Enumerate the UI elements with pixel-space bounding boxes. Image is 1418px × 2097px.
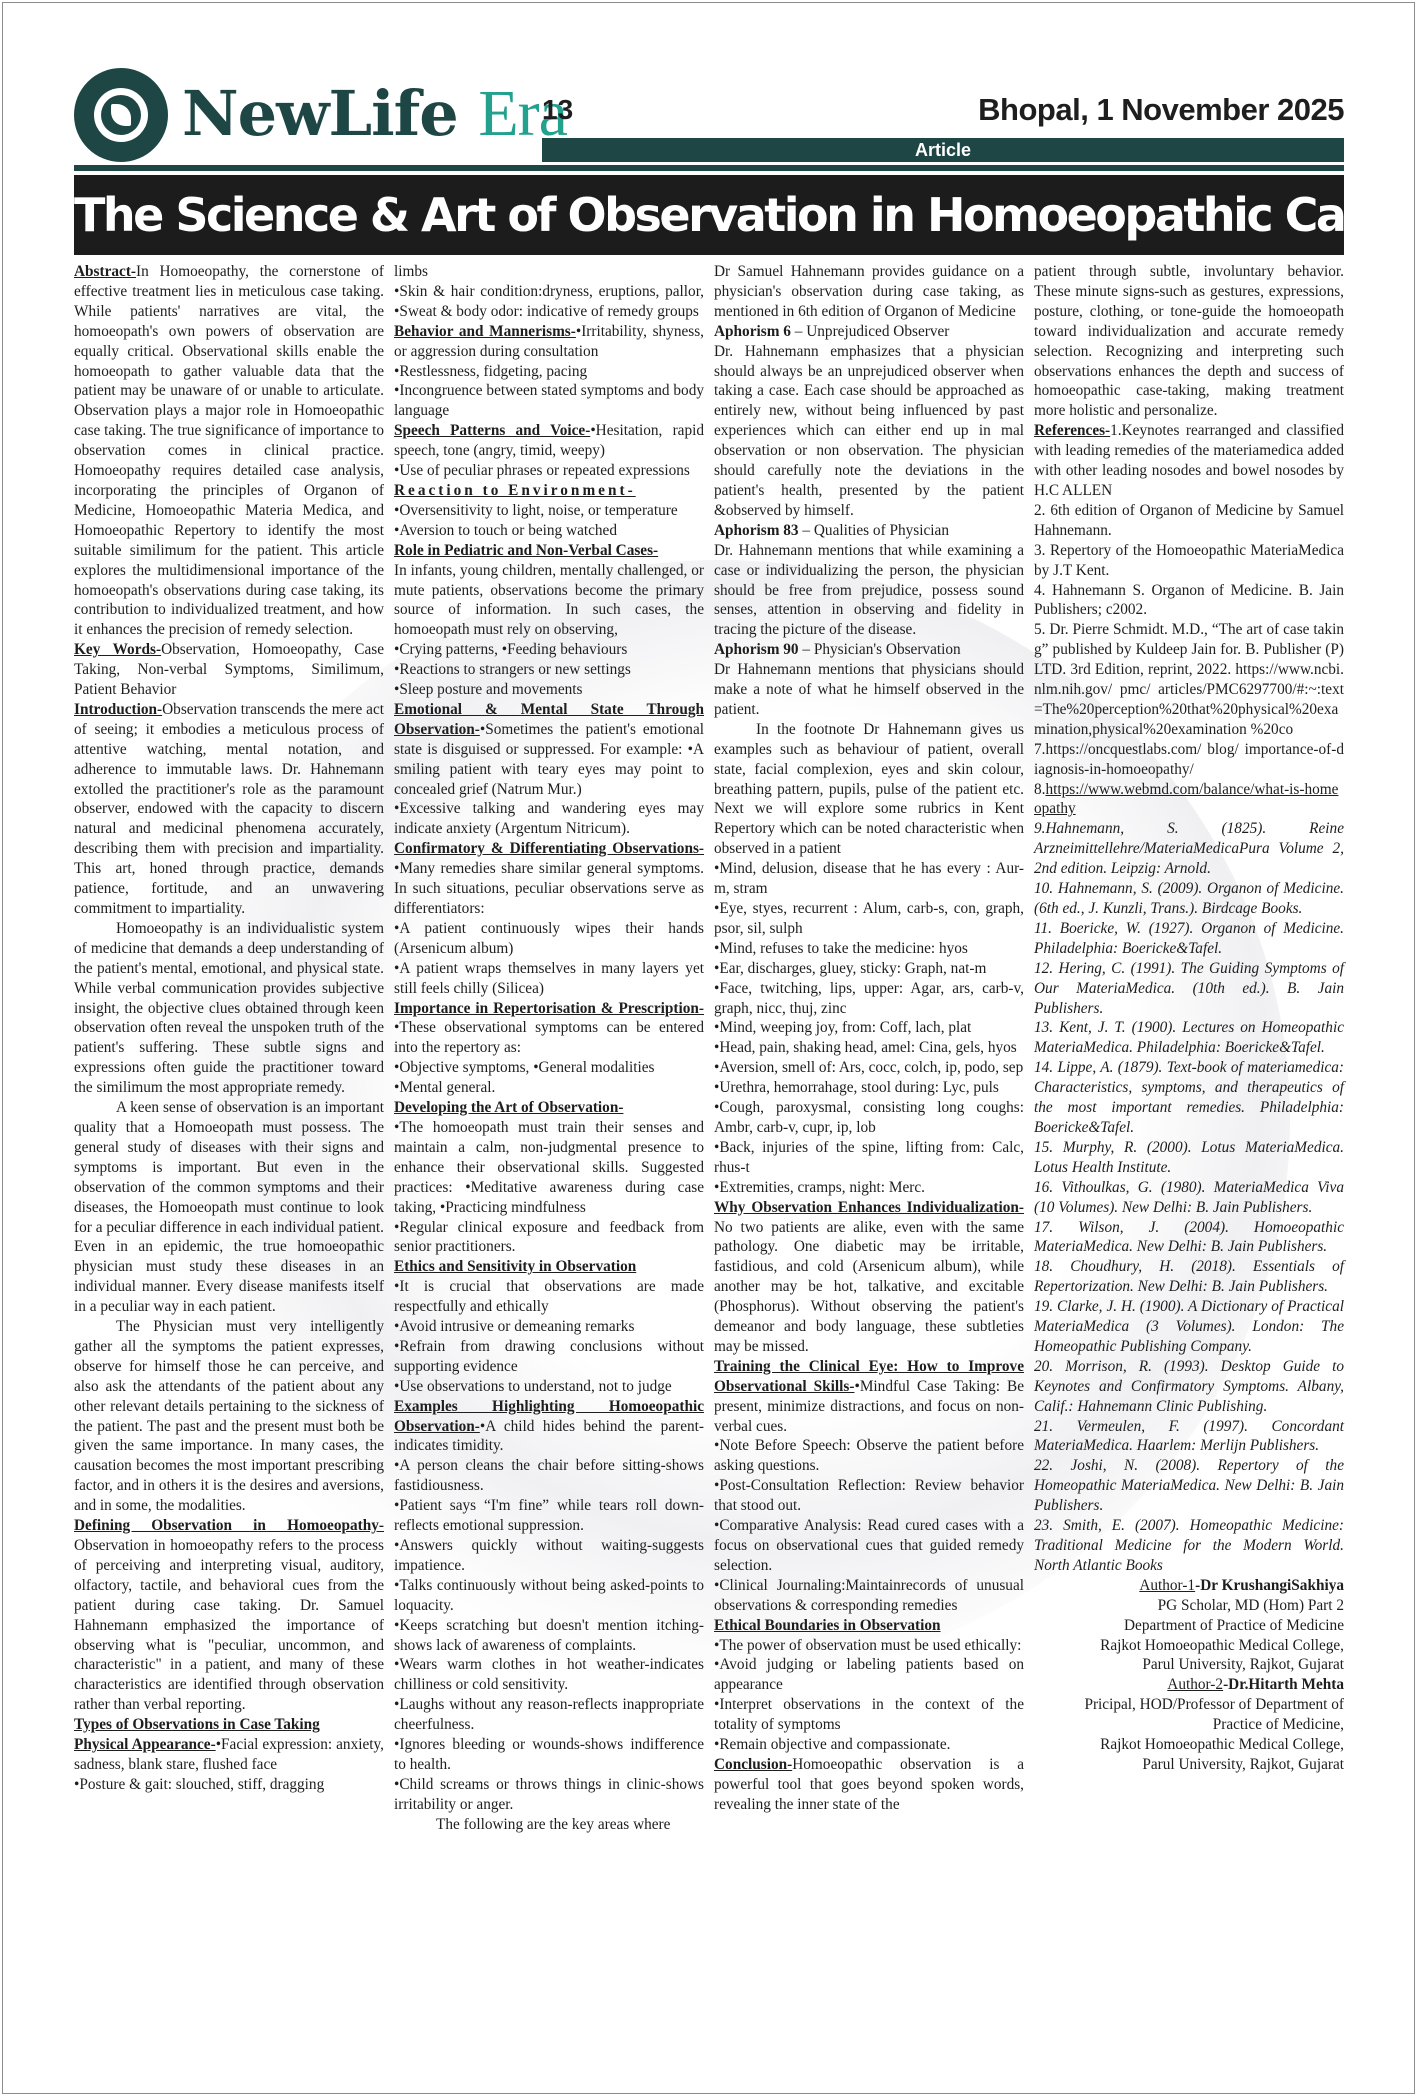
article-headline: The Science & Art of Observation in Homo… — [74, 175, 1344, 255]
brand-name-part1: NewLife — [182, 77, 458, 150]
author-2-heading: Author-2-Dr.Hitarth Mehta — [1034, 1675, 1344, 1695]
paragraph: Dr. Hahnemann emphasizes that a physicia… — [714, 342, 1024, 521]
bullet-item: •Keeps scratching but doesn't mention it… — [394, 1616, 704, 1656]
reference-item: 3. Repertory of the Homoeopathic Materia… — [1034, 541, 1344, 581]
paragraph: Homoeopathy is an individualistic system… — [74, 919, 384, 1098]
subsection-heading: Speech Patterns and Voice- — [394, 422, 590, 439]
bullet-item: •Restlessness, fidgeting, pacing — [394, 362, 704, 382]
subsection-heading: Behavior and Mannerisms- — [394, 323, 576, 340]
reference-item: 8.https://www.webmd.com/balance/what-is-… — [1034, 780, 1344, 820]
section-heading: Confirmatory & Differentiating Observati… — [394, 840, 704, 857]
emotional-section: Emotional & Mental State Through Observa… — [394, 700, 704, 800]
reference-item: 16. Vithoulkas, G. (1980). MateriaMedica… — [1034, 1178, 1344, 1218]
section-heading: Ethical Boundaries in Observation — [714, 1616, 1024, 1636]
confirmatory-section: Confirmatory & Differentiating Observati… — [394, 839, 704, 919]
text-continuation: limbs — [394, 262, 704, 282]
masthead: NewLife Era 13 Bhopal, 1 November 2025 A… — [74, 68, 1344, 178]
bullet-item: •Clinical Journaling:Maintainrecords of … — [714, 1576, 1024, 1616]
reference-item: 21. Vermeulen, F. (1997). Concordant Mat… — [1034, 1417, 1344, 1457]
why-section: Why Observation Enhances Individualizati… — [714, 1198, 1024, 1357]
bullet-item: •Laughs without any reason-reflects inap… — [394, 1695, 704, 1735]
reference-item: 19. Clarke, J. H. (1900). A Dictionary o… — [1034, 1297, 1344, 1357]
brand-name: NewLife Era — [182, 74, 567, 154]
bullet-item: •Objective symptoms, •General modalities — [394, 1058, 704, 1078]
bullet-item: •A patient continuously wipes their hand… — [394, 919, 704, 959]
bullet-item: •Posture & gait: slouched, stiff, draggi… — [74, 1775, 384, 1795]
defining-observation: Defining Observation in Homoeopathy- Obs… — [74, 1516, 384, 1715]
divider-rule — [74, 165, 1344, 171]
examples-section: Examples Highlighting Homoeopathic Obser… — [394, 1397, 704, 1457]
bullet-item: •It is crucial that observations are mad… — [394, 1277, 704, 1317]
introduction: Introduction-Observation transcends the … — [74, 700, 384, 919]
rubric-item: •Urethra, hemorrahage, stool during: Lyc… — [714, 1078, 1024, 1098]
reference-item: 2. 6th edition of Organon of Medicine by… — [1034, 501, 1344, 541]
author-affiliation: Rajkot Homoeopathic Medical College, — [1034, 1636, 1344, 1656]
section-heading: Ethics and Sensitivity in Observation — [394, 1257, 704, 1277]
physical-appearance: Physical Appearance-•Facial expression: … — [74, 1735, 384, 1775]
bullet-item: •The homoeopath must train their senses … — [394, 1118, 704, 1218]
author-affiliation: Practice of Medicine, — [1034, 1715, 1344, 1735]
rubric-item: •Face, twitching, lips, upper: Agar, ars… — [714, 979, 1024, 1019]
bullet-item: •Answers quickly without waiting-suggest… — [394, 1536, 704, 1576]
reference-item: 4. Hahnemann S. Organon of Medicine. B. … — [1034, 581, 1344, 621]
column-4: patient through subtle, involuntary beha… — [1034, 262, 1344, 2072]
bullet-item: •Regular clinical exposure and feedback … — [394, 1218, 704, 1258]
paragraph: Dr Hahnemann mentions that physicians sh… — [714, 660, 1024, 720]
bullet-item: •Avoid intrusive or demeaning remarks — [394, 1317, 704, 1337]
reference-item: 11. Boericke, W. (1927). Organon of Medi… — [1034, 919, 1344, 959]
bullet-item: •Use observations to understand, not to … — [394, 1377, 704, 1397]
aphorism-6-heading: Aphorism 6 – Unprejudiced Observer — [714, 322, 1024, 342]
bullet-item: •Use of peculiar phrases or repeated exp… — [394, 461, 704, 481]
bullet-item: •Aversion to touch or being watched — [394, 521, 704, 541]
reference-item: 10. Hahnemann, S. (2009). Organon of Med… — [1034, 879, 1344, 919]
rubric-item: •Eye, styes, recurrent : Alum, carb-s, c… — [714, 899, 1024, 939]
aphorism-90-heading: Aphorism 90 – Physician's Observation — [714, 640, 1024, 660]
reference-link[interactable]: https://www.webmd.com/balance/what-is-ho… — [1034, 781, 1338, 818]
author-1-name: -Dr KrushangiSakhiya — [1195, 1577, 1344, 1594]
section-heading: Developing the Art of Observation- — [394, 1098, 704, 1118]
bullet-item: •A person cleans the chair before sittin… — [394, 1456, 704, 1496]
author-affiliation: PG Scholar, MD (Hom) Part 2 — [1034, 1596, 1344, 1616]
bullet-item: •Crying patterns, •Feeding behaviours — [394, 640, 704, 660]
reference-item: 22. Joshi, N. (2008). Repertory of the H… — [1034, 1456, 1344, 1516]
reference-item: 9.Hahnemann, S. (1825). Reine Arzneimitt… — [1034, 819, 1344, 879]
bullet-item: •Post-Consultation Reflection: Review be… — [714, 1476, 1024, 1516]
author-affiliation: Pricipal, HOD/Professor of Department of — [1034, 1695, 1344, 1715]
rubric-item: •Mind, weeping joy, from: Coff, lach, pl… — [714, 1018, 1024, 1038]
bullet-item: •Child screams or throws things in clini… — [394, 1775, 704, 1815]
bullet-item: •Ignores bleeding or wounds-shows indiff… — [394, 1735, 704, 1775]
reference-item: 5. Dr. Pierre Schmidt. M.D., “The art of… — [1034, 620, 1344, 739]
training-section: Training the Clinical Eye: How to Improv… — [714, 1357, 1024, 1437]
bullet-item: •Comparative Analysis: Read cured cases … — [714, 1516, 1024, 1576]
page-number: 13 — [542, 94, 573, 126]
reference-item: 18. Choudhury, H. (2018). Essentials of … — [1034, 1257, 1344, 1297]
paragraph: A keen sense of observation is an import… — [74, 1098, 384, 1317]
bullet-item: •Excessive talking and wandering eyes ma… — [394, 799, 704, 839]
bullet-item: •Avoid judging or labeling patients base… — [714, 1655, 1024, 1695]
reference-item: 7.https://oncquestlabs.com/ blog/ import… — [1034, 740, 1344, 780]
paragraph: Dr Samuel Hahnemann provides guidance on… — [714, 262, 1024, 322]
subsection-heading: Reaction to Environment- — [394, 481, 704, 501]
aphorism-83-heading: Aphorism 83 – Qualities of Physician — [714, 521, 1024, 541]
section-heading: Types of Observations in Case Taking — [74, 1715, 384, 1735]
author-2-block: Author-2-Dr.Hitarth Mehta Pricipal, HOD/… — [1034, 1675, 1344, 1775]
rubric-item: •Cough, paroxysmal, consisting long coug… — [714, 1098, 1024, 1138]
column-1: Abstract-In Homoeopathy, the cornerstone… — [74, 262, 384, 2072]
abstract-heading: Abstract- — [74, 263, 136, 280]
author-1-block: Author-1-Dr KrushangiSakhiya PG Scholar,… — [1034, 1576, 1344, 1676]
paragraph: patient through subtle, involuntary beha… — [1034, 262, 1344, 421]
bullet-item: •Refrain from drawing conclusions withou… — [394, 1337, 704, 1377]
reference-item: 12. Hering, C. (1991). The Guiding Sympt… — [1034, 959, 1344, 1019]
bullet-item: •Patient says “I'm fine” while tears rol… — [394, 1496, 704, 1536]
rubric-item: •Mind, delusion, disease that he has eve… — [714, 859, 1024, 899]
section-heading: Importance in Repertorisation & Prescrip… — [394, 1000, 704, 1017]
paragraph: Dr. Hahnemann mentions that while examin… — [714, 541, 1024, 641]
dateline: Bhopal, 1 November 2025 — [978, 92, 1344, 128]
rubric-item: •Aversion, smell of: Ars, cocc, colch, i… — [714, 1058, 1024, 1078]
bullet-item: •Talks continuously without being asked-… — [394, 1576, 704, 1616]
section-label: Article — [542, 138, 1344, 162]
author-affiliation: Rajkot Homoeopathic Medical College, — [1034, 1735, 1344, 1755]
section-heading: Defining Observation in Homoeopathy- — [74, 1517, 384, 1534]
author-2-name: -Dr.Hitarth Mehta — [1223, 1676, 1344, 1693]
rubric-item: •Back, injuries of the spine, lifting fr… — [714, 1138, 1024, 1178]
bullet-item: •The power of observation must be used e… — [714, 1636, 1024, 1656]
paragraph: In the footnote Dr Hahnemann gives us ex… — [714, 720, 1024, 859]
article-body: Abstract-In Homoeopathy, the cornerstone… — [74, 262, 1344, 2072]
reference-item: 23. Smith, E. (2007). Homeopathic Medici… — [1034, 1516, 1344, 1576]
reference-item: 14. Lippe, A. (1879). Text-book of mater… — [1034, 1058, 1344, 1138]
reference-item: 17. Wilson, J. (2004). Homoeopathic Mate… — [1034, 1218, 1344, 1258]
reference-item: References-1.Keynotes rearranged and cla… — [1034, 421, 1344, 501]
references-heading: References- — [1034, 422, 1110, 439]
author-affiliation: Department of Practice of Medicine — [1034, 1616, 1344, 1636]
newlife-logo-icon — [74, 68, 168, 162]
bullet-item: •Wears warm clothes in hot weather-indic… — [394, 1655, 704, 1695]
subsection-heading: Physical Appearance- — [74, 1736, 216, 1753]
reference-item: 13. Kent, J. T. (1900). Lectures on Home… — [1034, 1018, 1344, 1058]
conclusion-heading: Conclusion- — [714, 1756, 792, 1773]
author-affiliation: Parul University, Rajkot, Gujarat — [1034, 1655, 1344, 1675]
bullet-item: •Note Before Speech: Observe the patient… — [714, 1436, 1024, 1476]
rubric-item: •Head, pain, shaking head, amel: Cina, g… — [714, 1038, 1024, 1058]
reference-item: 20. Morrison, R. (1993). Desktop Guide t… — [1034, 1357, 1344, 1417]
column-3: Dr Samuel Hahnemann provides guidance on… — [714, 262, 1024, 2072]
bullet-item: •Reactions to strangers or new settings — [394, 660, 704, 680]
bullet-item: •Mental general. — [394, 1078, 704, 1098]
bullet-item: •Incongruence between stated symptoms an… — [394, 381, 704, 421]
introduction-heading: Introduction- — [74, 701, 162, 718]
bullet-item: •Interpret observations in the context o… — [714, 1695, 1024, 1735]
section-heading: Role in Pediatric and Non-Verbal Cases- — [394, 541, 704, 561]
column-2: limbs •Skin & hair condition:dryness, er… — [394, 262, 704, 2072]
conclusion: Conclusion-Homoeopathic observation is a… — [714, 1755, 1024, 1815]
section-heading: Why Observation Enhances Individualizati… — [714, 1199, 1024, 1216]
paragraph: The following are the key areas where — [394, 1815, 704, 1835]
bullet-item: •Oversensitivity to light, noise, or tem… — [394, 501, 704, 521]
rubric-item: •Extremities, cramps, night: Merc. — [714, 1178, 1024, 1198]
paragraph: The Physician must very intelligently ga… — [74, 1317, 384, 1516]
behavior-section: Behavior and Mannerisms-•Irritability, s… — [394, 322, 704, 362]
abstract: Abstract-In Homoeopathy, the cornerstone… — [74, 262, 384, 640]
bullet-item: •A patient wraps themselves in many laye… — [394, 959, 704, 999]
importance-section: Importance in Repertorisation & Prescrip… — [394, 999, 704, 1059]
reference-item: 15. Murphy, R. (2000). Lotus MateriaMedi… — [1034, 1138, 1344, 1178]
bullet-item: •Sleep posture and movements — [394, 680, 704, 700]
keywords-heading: Key Words- — [74, 641, 161, 658]
rubric-item: •Ear, discharges, gluey, sticky: Graph, … — [714, 959, 1024, 979]
speech-section: Speech Patterns and Voice-•Hesitation, r… — [394, 421, 704, 461]
bullet-item: •Remain objective and compassionate. — [714, 1735, 1024, 1755]
author-affiliation: Parul University, Rajkot, Gujarat — [1034, 1755, 1344, 1775]
bullet-item: •Skin & hair condition:dryness, eruption… — [394, 282, 704, 322]
paragraph: In infants, young children, mentally cha… — [394, 561, 704, 641]
keywords: Key Words-Observation, Homoeopathy, Case… — [74, 640, 384, 700]
author-1-heading: Author-1-Dr KrushangiSakhiya — [1034, 1576, 1344, 1596]
rubric-item: •Mind, refuses to take the medicine: hyo… — [714, 939, 1024, 959]
